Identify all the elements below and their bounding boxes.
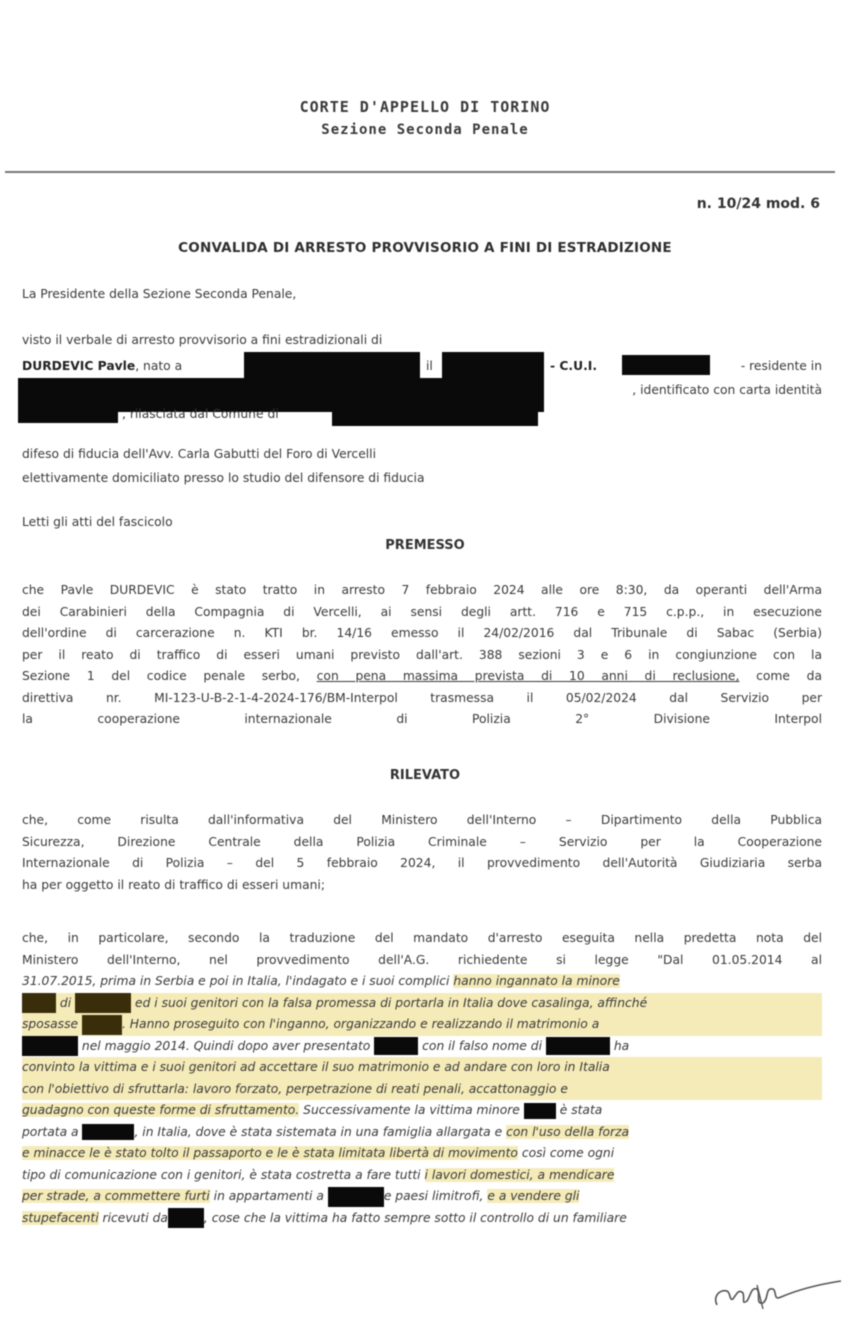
max-penalty: con pena massima prevista di 10 anni di … — [317, 669, 740, 683]
rilevato-paragraph-2: che, in particolare, secondo la traduzio… — [22, 928, 822, 1229]
premesso-paragraph: che Pavle DURDEVIC è stato tratto in arr… — [22, 580, 822, 731]
defendant-name: DURDEVIC Pavle — [22, 359, 135, 373]
signature-icon — [705, 1275, 845, 1315]
rilasciata-label: , rilasciata dal Comune di — [122, 404, 342, 426]
cui-label: - C.U.I. — [550, 356, 630, 378]
redaction — [82, 1015, 122, 1035]
redaction-cui — [622, 355, 710, 375]
document-number: n. 10/24 mod. 6 — [697, 196, 820, 212]
document-page: CORTE D'APPELLO DI TORINO Sezione Second… — [0, 0, 850, 1324]
residente-label: - residente in — [712, 356, 822, 378]
redaction — [374, 1037, 418, 1055]
redaction — [82, 1124, 134, 1140]
redaction — [168, 1208, 204, 1228]
premesso-heading: PREMESSO — [0, 538, 850, 553]
header-divider — [5, 171, 835, 173]
identificato-label: , identificato con carta identità — [546, 380, 822, 402]
visto-line: visto il verbale di arresto provvisorio … — [22, 330, 822, 352]
rilevato-heading: RILEVATO — [0, 768, 850, 783]
court-section: Sezione Seconda Penale — [0, 122, 850, 138]
redaction — [22, 993, 56, 1013]
redaction — [546, 1037, 610, 1055]
defense-line: difeso di fiducia dell'Avv. Carla Gabutt… — [22, 444, 822, 466]
redaction — [328, 1187, 384, 1207]
redaction-id-number — [18, 405, 118, 423]
domicile-line: elettivamente domiciliato presso lo stud… — [22, 468, 822, 490]
redaction — [22, 1036, 78, 1056]
redaction — [524, 1103, 556, 1119]
redaction-comune — [332, 396, 538, 426]
rilevato-paragraph-1: che, come risulta dall'informativa del M… — [22, 810, 822, 896]
document-title: CONVALIDA DI ARRESTO PROVVISORIO A FINI … — [0, 240, 850, 256]
redaction — [75, 993, 131, 1013]
president-line: La Presidente della Sezione Seconda Pena… — [22, 284, 822, 306]
court-name: CORTE D'APPELLO DI TORINO — [0, 98, 850, 116]
letti-line: Letti gli atti del fascicolo — [22, 512, 822, 534]
